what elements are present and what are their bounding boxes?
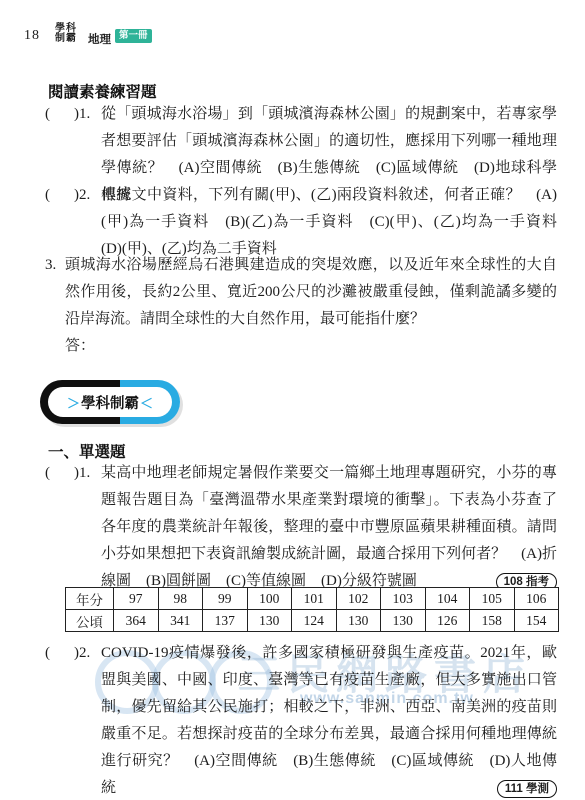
volume-badge: 第一冊 <box>115 29 152 43</box>
question-number: 2. <box>79 640 101 667</box>
answer-blank: () <box>45 460 79 487</box>
question-text: 根據文中資料，下列有關(甲)、(乙)兩段資料敘述，何者正確？ (A)(甲)為一手… <box>101 182 557 263</box>
table-cell: 105 <box>470 588 515 610</box>
table-cell: 130 <box>336 610 381 632</box>
table-row: 年分979899100101102103104105106 <box>66 588 559 610</box>
question-text: 頭城海水浴場歷經烏石港興建造成的突堤效應，以及近年來全球性的大自然作用後，長約2… <box>65 252 557 360</box>
answer-blank: () <box>45 101 79 128</box>
table-cell: 102 <box>336 588 381 610</box>
chevron-right-icon: ＞ <box>67 393 80 412</box>
table-cell: 98 <box>158 588 203 610</box>
question-number: 2. <box>79 182 101 209</box>
reading-question-2: () 2. 根據文中資料，下列有關(甲)、(乙)兩段資料敘述，何者正確？ (A)… <box>45 182 557 263</box>
brand-banner-text: 學科制霸 <box>81 392 139 413</box>
table-cell: 公頃 <box>66 610 114 632</box>
question-number: 3. <box>45 252 65 279</box>
textbook-page: 三民網路書店 www.sanmin.com.tw 18 學科 制霸 地理 第一冊… <box>0 0 585 800</box>
table-cell: 100 <box>247 588 292 610</box>
mc-section-title: 一、單選題 <box>48 440 126 462</box>
answer-label: 答： <box>65 333 557 360</box>
question-text-content: COVID-19疫情爆發後，許多國家積極研發與生產疫苗。2021年，歐盟與美國、… <box>101 645 557 796</box>
chevron-left-icon: ＜ <box>140 393 153 412</box>
table-row: 公頃364341137130124130130126158154 <box>66 610 559 632</box>
table-cell: 年分 <box>66 588 114 610</box>
question-text-content: 某高中地理老師規定暑假作業要交一篇鄉土地理專題研究，小芬的專題報告題目為「臺灣溫… <box>101 465 557 589</box>
question-text: COVID-19疫情爆發後，許多國家積極研發與生產疫苗。2021年，歐盟與美國、… <box>101 640 557 800</box>
paren-open: ( <box>45 460 50 487</box>
table-cell: 341 <box>158 610 203 632</box>
table-cell: 130 <box>381 610 426 632</box>
question-number: 1. <box>79 101 101 128</box>
brand-banner: ＞ 學科制霸 ＜ <box>40 380 180 424</box>
table-cell: 97 <box>114 588 159 610</box>
question-text-content: 頭城海水浴場歷經烏石港興建造成的突堤效應，以及近年來全球性的大自然作用後，長約2… <box>65 257 557 327</box>
paren-open: ( <box>45 182 50 209</box>
paren-open: ( <box>45 101 50 128</box>
table-cell: 130 <box>247 610 292 632</box>
table-cell: 126 <box>425 610 470 632</box>
table-cell: 124 <box>292 610 337 632</box>
mc-question-1: () 1. 某高中地理老師規定暑假作業要交一篇鄉土地理專題研究，小芬的專題報告題… <box>45 460 557 595</box>
answer-blank: () <box>45 640 79 667</box>
question-number: 1. <box>79 460 101 487</box>
table-cell: 103 <box>381 588 426 610</box>
table-cell: 99 <box>203 588 248 610</box>
table-cell: 101 <box>292 588 337 610</box>
publisher-logo-line2: 制霸 <box>55 34 77 44</box>
table-cell: 158 <box>470 610 515 632</box>
table-cell: 154 <box>514 610 559 632</box>
subject-label: 地理 <box>88 31 111 47</box>
table-cell: 104 <box>425 588 470 610</box>
brand-banner-inner: ＞ 學科制霸 ＜ <box>48 387 172 417</box>
reading-question-3: 3. 頭城海水浴場歷經烏石港興建造成的突堤效應，以及近年來全球性的大自然作用後，… <box>45 252 557 360</box>
mc-question-2: () 2. COVID-19疫情爆發後，許多國家積極研發與生產疫苗。2021年，… <box>45 640 557 800</box>
page-number: 18 <box>24 28 40 44</box>
publisher-logo: 學科 制霸 <box>55 24 77 44</box>
reading-section-title: 閱讀素養練習題 <box>48 80 157 102</box>
crop-area-table: 年分979899100101102103104105106公頃364341137… <box>65 587 559 632</box>
exam-source-badge: 111 學測 <box>497 780 557 798</box>
paren-open: ( <box>45 640 50 667</box>
answer-blank: () <box>45 182 79 209</box>
table-cell: 364 <box>114 610 159 632</box>
question-text: 某高中地理老師規定暑假作業要交一篇鄉土地理專題研究，小芬的專題報告題目為「臺灣溫… <box>101 460 557 595</box>
table-cell: 106 <box>514 588 559 610</box>
table-cell: 137 <box>203 610 248 632</box>
